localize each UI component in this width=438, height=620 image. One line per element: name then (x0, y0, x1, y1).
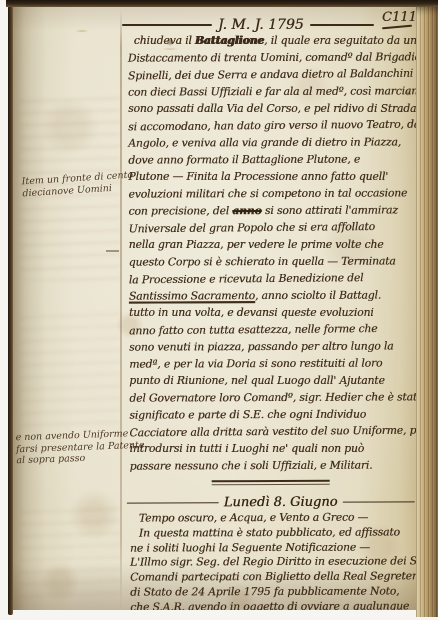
manuscript-text-block: chiudeva il Battaglione, il quale era se… (125, 31, 416, 610)
manuscript-line: Santissimo Sacramento, anno sciolto il B… (126, 286, 414, 304)
manuscript-line: questo Corpo si è schierato in quella — … (126, 252, 414, 270)
manuscript-line: dove anno formato il Battaglione Plutone… (125, 150, 413, 168)
manuscript-line: del Governatore loro Comandº, sigr. Hedi… (126, 388, 414, 406)
manuscript-line: anno fatto con tutta esattezza, nelle fo… (126, 320, 414, 340)
ink-bleed-through (20, 502, 120, 602)
margin-crease-line (120, 11, 122, 610)
divider-ornament: ~ (273, 476, 282, 487)
manuscript-line: Universale del gran Popolo che si era af… (126, 218, 414, 238)
header-rule-right (310, 24, 374, 26)
page-number: C111 (382, 10, 416, 28)
manuscript-line: L'Illmo sigr. Seg. del Regio Diritto in … (127, 555, 415, 571)
line-text: , anno sciolto il Battagl. (255, 289, 381, 303)
manuscript-line-corrected: con precisione, del anno si sono attirat… (125, 201, 413, 219)
manuscript-page: J. M. J. 1795 C111 Item un fronte di cen… (10, 7, 416, 610)
manuscript-book: J. M. J. 1795 C111 Item un fronte di cen… (6, 0, 438, 617)
line-text: chiudeva il (134, 34, 195, 47)
struck-word: anno (232, 204, 261, 217)
manuscript-line: chiudeva il Battaglione, il quale era se… (125, 32, 413, 49)
manuscript-line: passare nessuno che i soli Uffiziali, e … (127, 456, 415, 474)
manuscript-line: ne i soliti luoghi la Seguente Notificaz… (127, 540, 415, 556)
page-number-text: C111 (382, 10, 416, 25)
ink-bleed-through (20, 307, 120, 427)
manuscript-line: Spinelli, dei due Serra e andava dietro … (125, 65, 413, 85)
manuscript-line: medª, e per la via Doria si sono restitu… (126, 354, 414, 372)
overwritten-word: Battaglione (195, 34, 264, 47)
line-text: con precisione, del (128, 204, 232, 217)
entry-divider: ~ (127, 479, 415, 494)
manuscript-line: Plutone — Finita la Processione anno fat… (125, 168, 413, 185)
underlined-phrase: Santissimo Sacramento (129, 289, 255, 303)
manuscript-line: sono passati dalla Via del Corso, e pel … (125, 100, 413, 117)
divider-rule (212, 480, 330, 486)
entry-heading-row: Lunedì 8. Giugno (127, 493, 415, 511)
page-edges-stack (416, 7, 438, 617)
manuscript-line: In questa mattina è stato pubblicato, ed… (127, 525, 415, 541)
manuscript-line: tutto in una volta, e devansi queste evo… (126, 304, 414, 321)
manuscript-line: sono venuti in piazza, passando per altr… (126, 337, 414, 355)
book-top-edge (6, 0, 438, 7)
manuscript-line: punto di Riunione, nel qual Luogo dall' … (126, 372, 414, 389)
manuscript-line: evoluzioni militari che si competono in … (125, 184, 413, 202)
entry-date-heading: Lunedì 8. Giugno (224, 495, 338, 510)
manuscript-line: Distaccamento di trenta Uomini, comandº … (125, 48, 413, 66)
manuscript-line: significato e parte di S.E. che ogni Ind… (126, 405, 414, 423)
manuscript-line: Cacciatore alla dritta sarà vestito del … (126, 422, 414, 442)
manuscript-line: nella gran Piazza, per vedere le prime v… (126, 236, 414, 253)
manuscript-line: la Processione e ricevuta la Benedizione… (126, 269, 414, 289)
margin-tick-mark (106, 250, 119, 252)
line-text: si sono attirati l'ammiraz (262, 203, 398, 217)
line-text: , il quale era seguitato da un (264, 34, 416, 47)
header-rule-left (122, 24, 212, 26)
heading-rule-left (127, 502, 219, 504)
manuscript-line: Comandi partecipati con Biglietto della … (127, 570, 415, 586)
manuscript-line: con dieci Bassi Uffiziali e far ala al m… (125, 82, 413, 100)
heading-rule-right (342, 501, 414, 503)
manuscript-line: si accomodano, han dato giro verso il nu… (125, 116, 413, 136)
page-header-date: J. M. J. 1795 (218, 17, 304, 33)
manuscript-line: che S.A.R. avendo in oggetto di ovviare … (127, 599, 415, 610)
page-number-underline (382, 25, 412, 30)
manuscript-line: di Stato de 24 Aprile 1795 fa pubblicame… (127, 584, 415, 600)
manuscript-line: Angolo, e veniva alla via grande di diet… (125, 133, 413, 151)
weather-note-line: Tempo oscuro, e Acqua, e Vento a Greco — (127, 510, 415, 526)
binding-gutter (8, 6, 13, 615)
manuscript-line: introdursi in tutti i Luoghi ne' quali n… (127, 440, 415, 457)
